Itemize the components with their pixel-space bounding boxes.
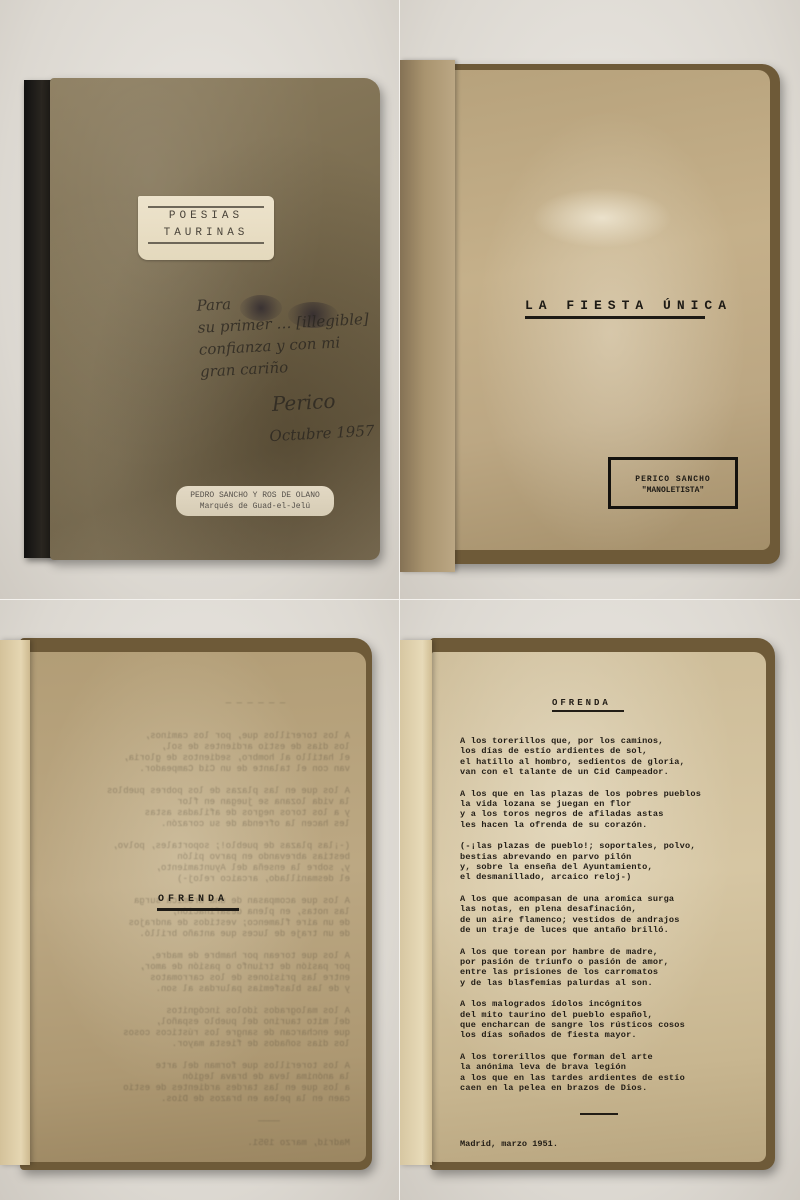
- photo-grid: POESIAS TAURINAS Para su primer … [illeg…: [0, 0, 800, 1200]
- poem-stanza: A los torerillos que, por los caminos, l…: [460, 736, 780, 778]
- mirrored-show-through-text: ― ― ― ― ― ― A los torerillos que, por lo…: [60, 698, 350, 1149]
- photo-poem-page: OFRENDA A los torerillos que, por los ca…: [400, 600, 800, 1200]
- poem-stanza: A los que torean por hambre de madre, po…: [460, 947, 780, 989]
- poem-line: bestias abrevando en parvo pilón: [460, 852, 780, 862]
- photo-show-through-page: ― ― ― ― ― ― A los torerillos que, por lo…: [0, 600, 400, 1200]
- author-box-nickname: "MANOLETISTA": [611, 485, 735, 496]
- poem-line: y de las blasfemias palurdas al son.: [460, 978, 780, 988]
- poem-line: que encharcan de sangre los rústicos cos…: [460, 1020, 780, 1030]
- poem-line: A los torerillos que forman del arte: [460, 1052, 780, 1062]
- poem-line: A los malogrados ídolos incógnitos: [460, 999, 780, 1009]
- poem-line: los días soñados de fiesta mayor.: [460, 1030, 780, 1040]
- poem-line: del mito taurino del pueblo español,: [460, 1010, 780, 1020]
- turned-leaf: [0, 640, 30, 1165]
- handwritten-inscription: Para su primer … [illegible] confianza y…: [196, 285, 384, 450]
- paper-stain: [532, 188, 672, 248]
- poem-line: A los que en las plazas de los pobres pu…: [460, 789, 780, 799]
- poem-line: les hacen la ofrenda de su corazón.: [460, 820, 780, 830]
- author-title: Marqués de Guad-el-Jelú: [176, 501, 334, 512]
- poem-line: y, sobre la enseña del Ayuntamiento,: [460, 862, 780, 872]
- turned-cover-edge: [400, 60, 455, 572]
- title-underline: [525, 316, 705, 319]
- poem-end-rule: [580, 1113, 618, 1115]
- cover-title-line2: TAURINAS: [138, 225, 274, 242]
- label-rule: [148, 242, 264, 244]
- poem-line: el desmanillado, arcaico reloj-): [460, 872, 780, 882]
- heading-underline: [157, 908, 239, 911]
- poem-line: A los que torean por hambre de madre,: [460, 947, 780, 957]
- author-box: PERICO SANCHO "MANOLETISTA": [608, 457, 738, 509]
- poem-line: de un aire flamenco; vestidos de andrajo…: [460, 915, 780, 925]
- poem-line: el hatillo al hombro, sedientos de glori…: [460, 757, 780, 767]
- poem-line: A los torerillos que, por los caminos,: [460, 736, 780, 746]
- poem-stanza: (-¡las plazas de pueblo!; soportales, po…: [460, 841, 780, 883]
- poem-line: a los que en las tardes ardientes de est…: [460, 1073, 780, 1083]
- poem-title-underline: [552, 710, 624, 712]
- cover-title-line1: POESIAS: [138, 208, 274, 225]
- poem-stanza: A los malogrados ídolos incógnitos del m…: [460, 999, 780, 1041]
- poem: OFRENDA A los torerillos que, por los ca…: [460, 697, 780, 1149]
- poem-line: van con el talante de un Cid Campeador.: [460, 767, 780, 777]
- poem-line: A los que acompasan de una aromica surga: [460, 894, 780, 904]
- inscription-signature: Perico: [271, 387, 382, 415]
- poem-line: de un traje de luces que antaño brilló.: [460, 925, 780, 935]
- poem-stanza: A los torerillos que forman del arte la …: [460, 1052, 780, 1094]
- poem-line: los días de estío ardientes de sol,: [460, 746, 780, 756]
- poem-line: la vida lozana se juegan en flor: [460, 799, 780, 809]
- author-box-name: PERICO SANCHO: [611, 474, 735, 485]
- poem-line: la anónima leva de brava legión: [460, 1062, 780, 1072]
- poem-place-date: Madrid, marzo 1951.: [460, 1139, 780, 1149]
- photo-title-page: LA FIESTA ÚNICA PERICO SANCHO "MANOLETIS…: [400, 0, 800, 600]
- page-heading: OFRENDA: [158, 894, 228, 905]
- turned-leaf: [400, 640, 432, 1165]
- poem-line: (-¡las plazas de pueblo!; soportales, po…: [460, 841, 780, 851]
- poem-line: por pasión de triunfo o pasión de amor,: [460, 957, 780, 967]
- title-page-heading: LA FIESTA ÚNICA: [525, 298, 732, 313]
- open-booklet: LA FIESTA ÚNICA PERICO SANCHO "MANOLETIS…: [400, 60, 780, 560]
- poem-line: las notas, en plena desafinación,: [460, 904, 780, 914]
- cover-author-label: PEDRO SANCHO Y ROS DE OLANO Marqués de G…: [176, 486, 334, 516]
- author-name: PEDRO SANCHO Y ROS DE OLANO: [176, 490, 334, 501]
- poem-stanza: A los que acompasan de una aromica surga…: [460, 894, 780, 936]
- poem-line: caen en la pelea en brazos de Dios.: [460, 1083, 780, 1093]
- poem-line: y a los toros negros de afiladas astas: [460, 809, 780, 819]
- poem-line: entre las prisiones de los carromatos: [460, 967, 780, 977]
- poem-stanza: A los que en las plazas de los pobres pu…: [460, 789, 780, 831]
- photo-cover: POESIAS TAURINAS Para su primer … [illeg…: [0, 0, 400, 600]
- cover-title-label: POESIAS TAURINAS: [138, 196, 274, 260]
- poem-title: OFRENDA: [552, 697, 780, 709]
